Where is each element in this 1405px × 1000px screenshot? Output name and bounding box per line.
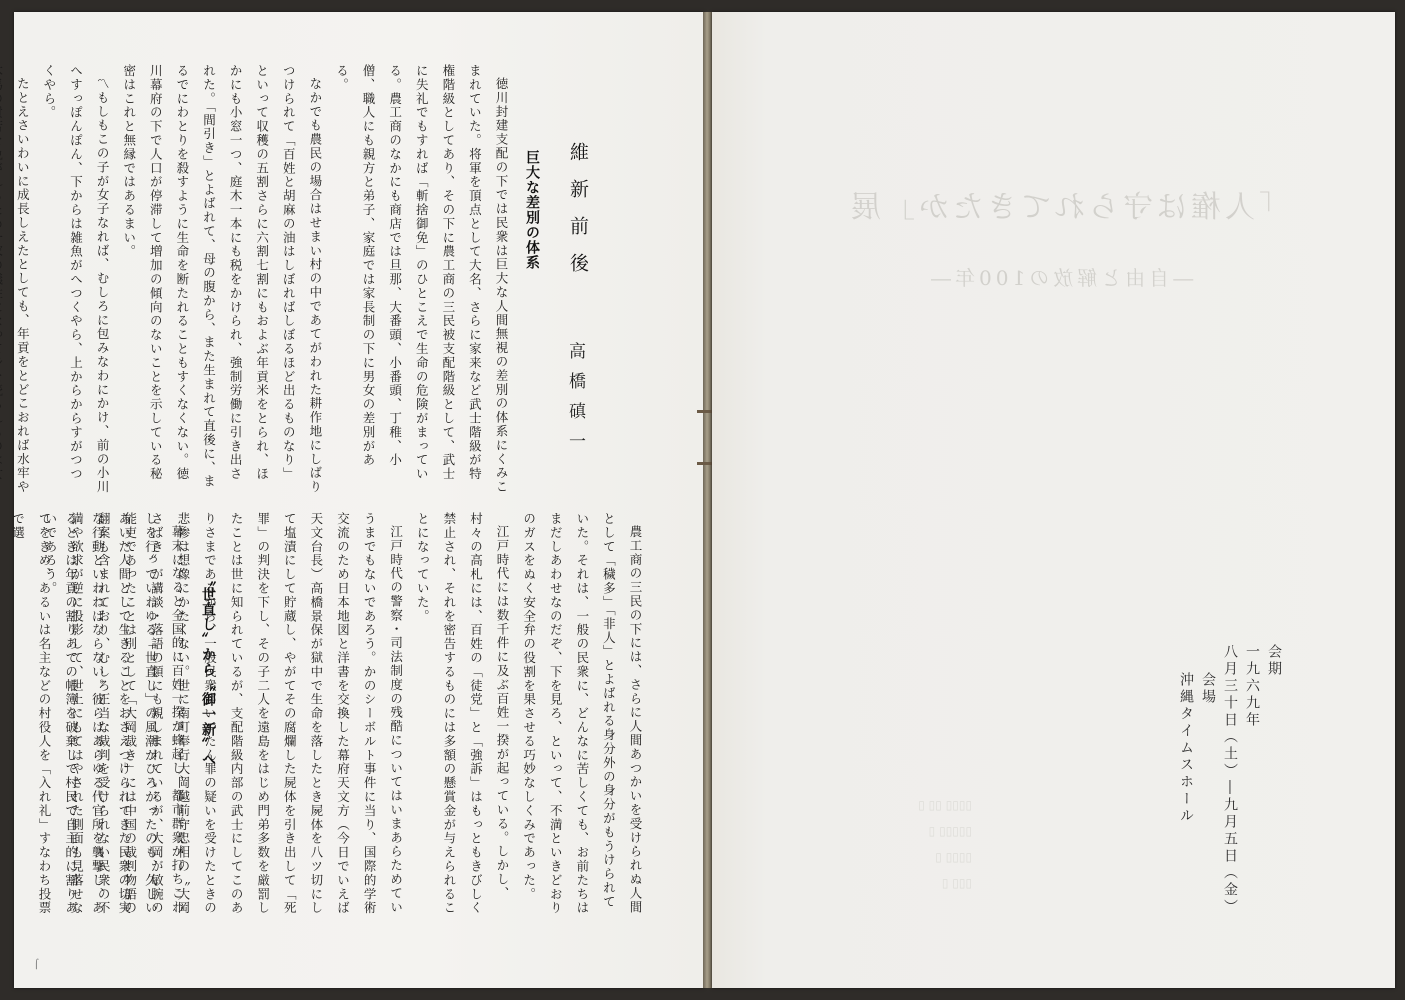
period-label: 会期: [1263, 644, 1285, 916]
article-body-section2: 幕末になると全国的に百姓一揆が蜂起し、都市群衆が打ちこわしを行っていわゆる「世直…: [72, 512, 190, 922]
paragraph: 幕末になると全国的に百姓一揆が蜂起し、都市群衆が打ちこわしを行っていわゆる「世直…: [4, 512, 190, 922]
paragraph: なかでも農民の場合はせまい村の中であてがわれた耕作地にしばりつけられて「百姓と胡…: [115, 64, 328, 494]
section-heading-1: 巨大な差別の体系: [522, 150, 542, 270]
paragraph: 江戸時代には数千件に及ぶ百姓一揆が起っている。しかし、村々の高札には、百姓の「徒…: [409, 512, 515, 922]
article-body-upper: 徳川封建支配の下では民衆は巨大な人間無視の差別の体系にくみこまれていた。将軍を頂…: [24, 64, 514, 494]
paragraph: たとえさいわいに成長しえたとしても、年貢をとどこおれば水牢や木馬の責苦を免がれる…: [0, 64, 35, 494]
exhibition-info: 会期 一九六九年 八月三十日（土）―九月五日（金） 会場 沖縄タイムスホール: [1175, 644, 1285, 916]
article-author: 高橋磌一: [563, 342, 588, 462]
show-through-subtitle: ―自由と解放の100年―: [927, 262, 1193, 291]
article-body-lower: 農工商の三民の下には、さらに人間あつかいを受けられぬ人間として「穢多」「非人」と…: [188, 512, 648, 922]
period-year: 一九六九年: [1241, 644, 1263, 916]
venue-label: 会場: [1197, 672, 1219, 916]
left-page: 維新前後 高橋磌一 巨大な差別の体系 徳川封建支配の下では民衆は巨大な人間無視の…: [14, 12, 704, 988]
section-heading-2: 〝世直し〟から〝御一新〟へ: [198, 572, 218, 767]
venue-name: 沖縄タイムスホール: [1175, 672, 1197, 916]
paragraph: 農工商の三民の下には、さらに人間あつかいを受けられぬ人間として「穢多」「非人」と…: [515, 512, 648, 922]
period-dates: 八月三十日（土）―九月五日（金）: [1219, 644, 1241, 916]
show-through-credits: ▯▯▯▯ ▯▯ ▯▯▯▯▯▯ ▯▯▯▯▯ ▯▯▯▯ ▯: [812, 792, 972, 896]
show-through-title: 「人権は守られてきたか」展: [847, 182, 1289, 226]
right-page: 「人権は守られてきたか」展 ―自由と解放の100年― ▯▯▯▯ ▯▯ ▯▯▯▯▯…: [712, 12, 1395, 988]
paragraph: 徳川封建支配の下では民衆は巨大な人間無視の差別の体系にくみこまれていた。将軍を頂…: [328, 64, 514, 494]
article-title: 維新前後: [565, 142, 592, 290]
paragraph: 〽もしもこの子が女子なれば、むしろに包みなわにかけ、前の小川へすっぽんぽん、下か…: [35, 64, 115, 494]
page-corner-mark: ⌠: [34, 960, 39, 970]
